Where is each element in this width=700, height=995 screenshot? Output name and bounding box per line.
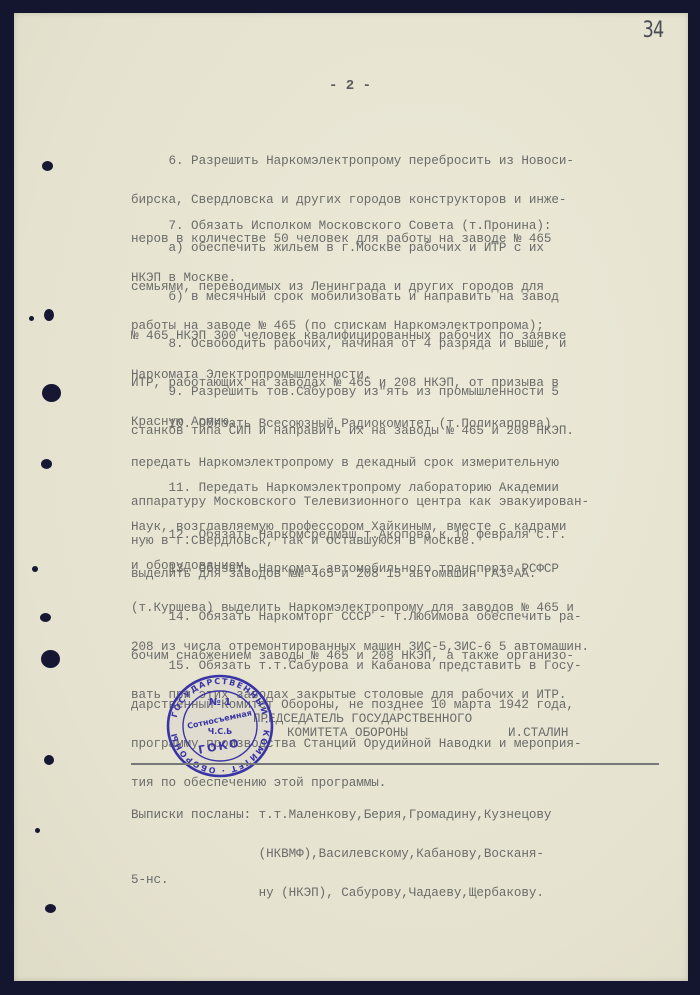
binder-hole: [35, 828, 40, 833]
archive-sheet-number: 34: [643, 18, 664, 43]
text-line: б) в месячный срок мобилизовать и направ…: [131, 291, 691, 304]
text-line: 8. Освободить рабочих, начиная от 4 разр…: [131, 338, 691, 351]
binder-hole: [42, 384, 61, 402]
text-line: 11. Передать Наркомэлектропрому лаборато…: [131, 482, 691, 495]
text-line: (НКВМФ),Василевскому,Кабанову,Восканя-: [131, 848, 691, 861]
binder-hole: [45, 904, 56, 913]
binder-hole: [40, 613, 51, 622]
binder-hole: [29, 316, 34, 321]
text-line: 10. Обязать Всесоюзный Радиокомитет (т.П…: [131, 418, 691, 431]
text-line: а) обеспечить жильем в г.Москве рабочих …: [131, 242, 691, 255]
binder-hole: [44, 309, 54, 321]
text-line: 13. Обязать Наркомат автомобильного тран…: [131, 563, 691, 576]
footer-mark: 5-нс.: [131, 874, 691, 887]
page-number: - 2 -: [0, 78, 700, 94]
horizontal-divider: [131, 763, 659, 765]
distribution-list: Выписки посланы: т.т.Маленкову,Берия,Гро…: [131, 783, 691, 913]
signature-title-line2: КОМИТЕТА ОБОРОНЫ: [287, 727, 408, 740]
binder-hole: [41, 459, 52, 469]
signature-title-line1: ПРЕДСЕДАТЕЛЬ ГОСУДАРСТВЕННОГО: [253, 713, 472, 726]
binder-hole: [44, 755, 54, 765]
binder-hole: [41, 650, 60, 668]
text-line: 14. Обязать Наркомторг СССР - т.Любимова…: [131, 611, 691, 624]
text-line: Выписки посланы: т.т.Маленкову,Берия,Гро…: [131, 809, 691, 822]
stamp-center-line2: Ч.С.Ь: [208, 727, 233, 736]
text-line: ну (НКЭП), Сабурову,Чадаеву,Щербакову.: [131, 887, 691, 900]
text-line: 6. Разрешить Наркомэлектропрому переброс…: [131, 155, 691, 168]
binder-hole: [32, 566, 38, 572]
binder-hole: [42, 161, 53, 171]
signature-name: И.СТАЛИН: [508, 727, 568, 740]
stamp-number: № 1: [209, 697, 232, 708]
